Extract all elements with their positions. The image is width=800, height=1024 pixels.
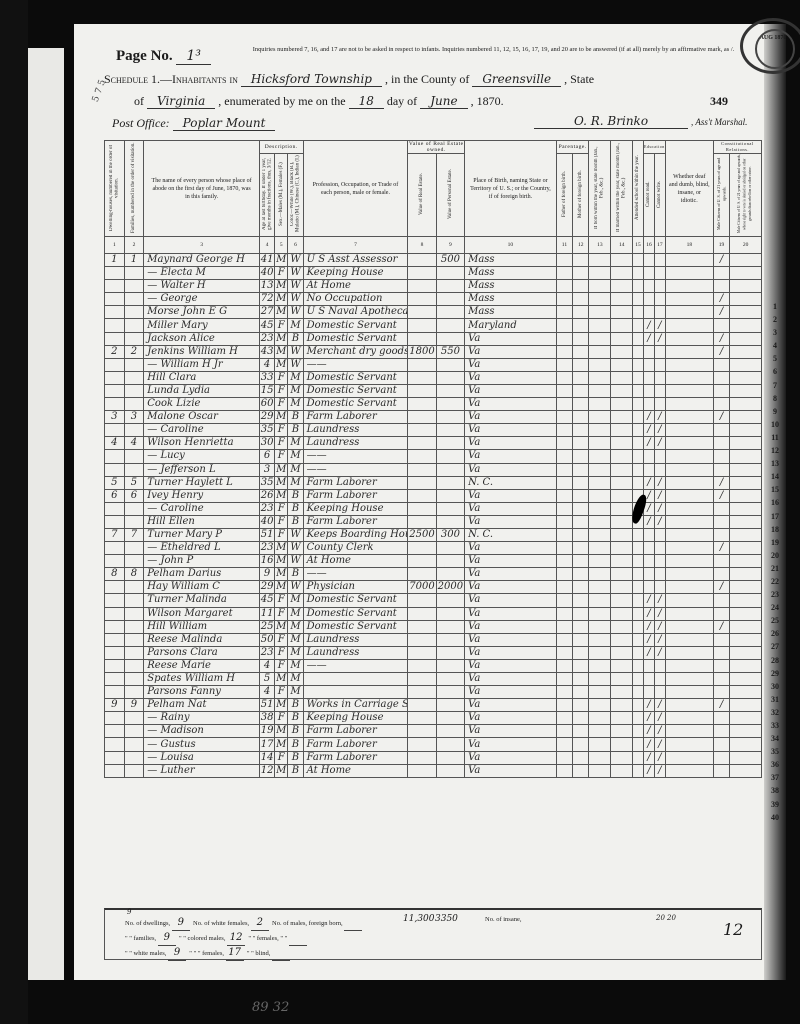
real-estate-value-cell (408, 450, 436, 463)
personal-estate-value-cell (436, 398, 464, 411)
archive-stamp: AUG 1870 (740, 18, 800, 74)
color-cell: W (288, 254, 303, 267)
vote-denied-cell (730, 293, 762, 306)
personal-estate-value-cell (436, 437, 464, 450)
sex-cell: F (275, 502, 288, 515)
line-number: 28 (766, 654, 784, 667)
deaf-blind-insane-cell (665, 254, 713, 267)
male-citizen-cell (713, 607, 729, 620)
real-estate-value-cell (408, 254, 436, 267)
sex-cell: M (275, 542, 288, 555)
cannot-write-cell (654, 659, 665, 672)
table-row: 11Maynard George H41MWU S Asst Assessor5… (105, 254, 762, 267)
born-within-year-cell (589, 280, 611, 293)
place-of-birth-cell: Va (465, 345, 557, 358)
dwelling-number-cell (105, 280, 125, 293)
table-row: — William H Jr4MW——Va (105, 358, 762, 371)
attended-school-cell (633, 345, 644, 358)
occupation-cell: Domestic Servant (303, 384, 408, 397)
color-cell: B (288, 699, 303, 712)
age-cell: 6 (259, 450, 274, 463)
color-cell: W (288, 293, 303, 306)
scan-left-border (0, 0, 28, 1024)
male-citizen-cell: / (713, 542, 729, 555)
married-within-year-cell (611, 371, 633, 384)
mother-foreign-cell (573, 411, 589, 424)
dwelling-number-cell: 9 (105, 699, 125, 712)
color-cell: M (288, 673, 303, 686)
dwelling-number-cell: 7 (105, 528, 125, 541)
family-number-cell (124, 686, 144, 699)
born-within-year-cell (589, 528, 611, 541)
cannot-write-cell: / (654, 712, 665, 725)
cannot-read-cell: / (644, 738, 655, 751)
insane-label: No. of insane, (485, 916, 521, 923)
attended-school-cell (633, 620, 644, 633)
line-number: 14 (766, 470, 784, 483)
sex-cell: F (275, 686, 288, 699)
male-citizen-cell (713, 267, 729, 280)
place-of-birth-cell: Va (465, 633, 557, 646)
attended-school-cell (633, 725, 644, 738)
table-row: Hill Ellen40FBFarm LaborerVa// (105, 515, 762, 528)
family-number-cell: 4 (124, 437, 144, 450)
age-cell: 35 (259, 424, 274, 437)
father-foreign-cell (556, 515, 572, 528)
married-within-year-cell (611, 699, 633, 712)
column-number: 12 (573, 237, 589, 254)
attended-school-cell (633, 398, 644, 411)
white-females-count: 2 (251, 916, 269, 931)
real-estate-value-cell (408, 358, 436, 371)
real-estate-value-cell (408, 306, 436, 319)
table-row: Cook Lizie60FMDomestic ServantVa (105, 398, 762, 411)
line-number: 39 (766, 798, 784, 811)
occupation-cell: Domestic Servant (303, 371, 408, 384)
vote-denied-cell (730, 542, 762, 555)
dwelling-number-cell: 5 (105, 476, 125, 489)
place-of-birth-cell: Va (465, 686, 557, 699)
cannot-write-cell (654, 528, 665, 541)
person-name-cell: — Lucy (144, 450, 260, 463)
sex-cell: M (275, 280, 288, 293)
right-line-numbers: 1234567891011121314151617181920212223242… (766, 300, 784, 824)
person-name-cell: Pelham Darius (144, 568, 260, 581)
cannot-write-cell (654, 345, 665, 358)
born-within-year-cell (589, 581, 611, 594)
age-cell: 29 (259, 581, 274, 594)
table-row: — Caroline23FBKeeping HouseVa// (105, 502, 762, 515)
place-of-birth-cell: Va (465, 384, 557, 397)
color-cell: W (288, 306, 303, 319)
deaf-blind-insane-cell (665, 332, 713, 345)
age-cell: 40 (259, 515, 274, 528)
dwelling-number-cell (105, 725, 125, 738)
cannot-write-cell (654, 581, 665, 594)
personal-estate-value-cell (436, 502, 464, 515)
married-within-year-cell (611, 581, 633, 594)
mother-foreign-cell (573, 450, 589, 463)
mother-foreign-cell (573, 319, 589, 332)
table-row: 66Ivey Henry26MBFarm LaborerVa/// (105, 489, 762, 502)
father-foreign-cell (556, 463, 572, 476)
male-citizen-cell: / (713, 345, 729, 358)
deaf-blind-insane-cell (665, 411, 713, 424)
male-citizen-cell (713, 450, 729, 463)
cannot-write-cell: / (654, 633, 665, 646)
attended-school-cell (633, 280, 644, 293)
personal-estate-value-cell (436, 607, 464, 620)
personal-estate-value-cell (436, 673, 464, 686)
occupation-cell: Domestic Servant (303, 607, 408, 620)
col-9-header: Value of Personal Estate. (436, 154, 464, 237)
occupation-cell: Keeping House (303, 267, 408, 280)
born-within-year-cell (589, 476, 611, 489)
line-number: 11 (766, 431, 784, 444)
age-cell: 16 (259, 555, 274, 568)
table-row: — Electa M40FWKeeping HouseMass (105, 267, 762, 280)
occupation-cell: County Clerk (303, 542, 408, 555)
cannot-write-cell: / (654, 699, 665, 712)
place-of-birth-cell: Va (465, 450, 557, 463)
occupation-cell: —— (303, 568, 408, 581)
table-row: — Caroline35FBLaundressVa// (105, 424, 762, 437)
born-within-year-cell (589, 620, 611, 633)
male-citizen-cell: / (713, 254, 729, 267)
age-cell: 17 (259, 738, 274, 751)
mother-foreign-cell (573, 371, 589, 384)
table-row: — George72MWNo OccupationMass/ (105, 293, 762, 306)
vote-denied-cell (730, 267, 762, 280)
father-foreign-cell (556, 699, 572, 712)
deaf-blind-insane-cell (665, 371, 713, 384)
table-row: Parsons Fanny4FMVa (105, 686, 762, 699)
vote-denied-cell (730, 594, 762, 607)
male-citizen-cell (713, 319, 729, 332)
mother-foreign-cell (573, 712, 589, 725)
person-name-cell: Hill Clara (144, 371, 260, 384)
born-within-year-cell (589, 398, 611, 411)
column-number: 3 (144, 237, 260, 254)
male-citizen-cell: / (713, 332, 729, 345)
table-row: Hill Clara33FMDomestic ServantVa (105, 371, 762, 384)
father-foreign-cell (556, 751, 572, 764)
vote-denied-cell (730, 489, 762, 502)
deaf-blind-insane-cell (665, 463, 713, 476)
person-name-cell: — Walter H (144, 280, 260, 293)
dwelling-number-cell (105, 646, 125, 659)
mother-foreign-cell (573, 607, 589, 620)
cannot-read-cell (644, 293, 655, 306)
cannot-read-cell (644, 371, 655, 384)
sex-cell: M (275, 293, 288, 306)
father-foreign-cell (556, 502, 572, 515)
color-cell: M (288, 646, 303, 659)
sex-cell: M (275, 358, 288, 371)
dwelling-number-cell: 3 (105, 411, 125, 424)
occupation-cell: Farm Laborer (303, 725, 408, 738)
foreign-males-count (344, 916, 362, 931)
father-foreign-cell (556, 673, 572, 686)
table-row: — Rainy38FBKeeping HouseVa// (105, 712, 762, 725)
attended-school-cell (633, 358, 644, 371)
person-name-cell: Turner Malinda (144, 594, 260, 607)
age-cell: 25 (259, 620, 274, 633)
married-within-year-cell (611, 528, 633, 541)
married-within-year-cell (611, 463, 633, 476)
male-citizen-cell (713, 463, 729, 476)
real-estate-value-cell (408, 280, 436, 293)
father-foreign-cell (556, 319, 572, 332)
father-foreign-cell (556, 411, 572, 424)
vote-denied-cell (730, 699, 762, 712)
born-within-year-cell (589, 751, 611, 764)
person-name-cell: — John P (144, 555, 260, 568)
table-row: 44Wilson Henrietta30FMLaundressVa// (105, 437, 762, 450)
cannot-write-cell: / (654, 764, 665, 777)
father-foreign-cell (556, 528, 572, 541)
real-estate-value-cell (408, 267, 436, 280)
color-cell: M (288, 594, 303, 607)
cannot-read-cell (644, 581, 655, 594)
deaf-blind-insane-cell (665, 620, 713, 633)
real-estate-value-cell (408, 332, 436, 345)
male-citizen-cell (713, 358, 729, 371)
sex-cell: M (275, 555, 288, 568)
age-cell: 45 (259, 594, 274, 607)
mother-foreign-cell (573, 581, 589, 594)
col-4-header: Age at last birthday. If under 1 year, g… (259, 154, 274, 237)
occupation-cell: No Occupation (303, 293, 408, 306)
real-estate-value-cell (408, 515, 436, 528)
column-number: 4 (259, 237, 274, 254)
person-name-cell: Spates William H (144, 673, 260, 686)
father-foreign-cell (556, 633, 572, 646)
father-foreign-cell (556, 659, 572, 672)
sex-cell: F (275, 659, 288, 672)
cannot-write-cell: / (654, 594, 665, 607)
place-of-birth-cell: Va (465, 673, 557, 686)
person-name-cell: Parsons Fanny (144, 686, 260, 699)
dwelling-number-cell (105, 502, 125, 515)
married-within-year-cell (611, 280, 633, 293)
cannot-read-cell (644, 267, 655, 280)
color-cell: M (288, 398, 303, 411)
married-within-year-cell (611, 646, 633, 659)
real-estate-value-cell: 1800 (408, 345, 436, 358)
age-cell: 50 (259, 633, 274, 646)
place-of-birth-cell: Va (465, 542, 557, 555)
age-cell: 4 (259, 358, 274, 371)
occupation-cell: —— (303, 450, 408, 463)
place-of-birth-cell: Mass (465, 254, 557, 267)
line-number: 3 (766, 326, 784, 339)
person-name-cell: — Luther (144, 764, 260, 777)
family-number-cell (124, 738, 144, 751)
sex-cell: F (275, 319, 288, 332)
cannot-write-cell: / (654, 489, 665, 502)
family-number-cell: 1 (124, 254, 144, 267)
attended-school-cell (633, 411, 644, 424)
family-number-cell (124, 581, 144, 594)
vote-denied-cell (730, 476, 762, 489)
cannot-read-cell (644, 358, 655, 371)
father-foreign-cell (556, 489, 572, 502)
deaf-blind-insane-cell (665, 607, 713, 620)
table-row: Reese Marie4FM——Va (105, 659, 762, 672)
dwelling-number-cell (105, 424, 125, 437)
age-cell: 51 (259, 528, 274, 541)
vote-denied-cell (730, 751, 762, 764)
occupation-cell: Farm Laborer (303, 751, 408, 764)
real-estate-value-cell (408, 725, 436, 738)
cannot-write-cell (654, 542, 665, 555)
father-foreign-cell (556, 568, 572, 581)
color-cell: M (288, 319, 303, 332)
real-estate-value-cell (408, 646, 436, 659)
sex-cell: F (275, 384, 288, 397)
occupation-cell: Farm Laborer (303, 738, 408, 751)
father-foreign-cell (556, 437, 572, 450)
book-spine (64, 48, 74, 980)
born-within-year-cell (589, 555, 611, 568)
column-number: 14 (611, 237, 633, 254)
cannot-write-cell (654, 398, 665, 411)
father-foreign-cell (556, 712, 572, 725)
color-cell: B (288, 568, 303, 581)
family-number-cell: 2 (124, 345, 144, 358)
mother-foreign-cell (573, 725, 589, 738)
family-number-cell (124, 267, 144, 280)
column-number-row: 1234567891011121314151617181920 (105, 237, 762, 254)
father-foreign-cell (556, 424, 572, 437)
place-of-birth-cell: Va (465, 398, 557, 411)
occupation-cell: U S Asst Assessor (303, 254, 408, 267)
real-estate-value-cell (408, 398, 436, 411)
family-number-cell (124, 398, 144, 411)
value-group-header: Value of Real Estate owned. (408, 141, 465, 154)
vote-denied-cell (730, 319, 762, 332)
dwelling-number-cell (105, 371, 125, 384)
page-number-value: 1³ (176, 48, 211, 65)
place-of-birth-cell: Va (465, 437, 557, 450)
line-number: 16 (766, 496, 784, 509)
cannot-write-cell: / (654, 515, 665, 528)
sex-cell: F (275, 450, 288, 463)
table-row: 33Malone Oscar29MBFarm LaborerVa/// (105, 411, 762, 424)
father-foreign-cell (556, 607, 572, 620)
personal-estate-value-cell (436, 699, 464, 712)
cannot-write-cell: / (654, 411, 665, 424)
deaf-blind-insane-cell (665, 594, 713, 607)
born-within-year-cell (589, 515, 611, 528)
column-number: 13 (589, 237, 611, 254)
real-estate-value-cell (408, 673, 436, 686)
mother-foreign-cell (573, 267, 589, 280)
attended-school-cell (633, 699, 644, 712)
attended-school-cell (633, 332, 644, 345)
cannot-read-cell: / (644, 607, 655, 620)
attended-school-cell (633, 738, 644, 751)
vote-denied-cell (730, 515, 762, 528)
father-foreign-cell (556, 620, 572, 633)
mother-foreign-cell (573, 306, 589, 319)
marshal-label: , Ass't Marshal. (691, 117, 747, 127)
schedule-label: Schedule 1.—Inhabitants in (104, 72, 238, 86)
age-cell: 4 (259, 659, 274, 672)
cannot-read-cell (644, 384, 655, 397)
table-row: 77Turner Mary P51FWKeeps Boarding House2… (105, 528, 762, 541)
father-foreign-cell (556, 764, 572, 777)
family-number-cell (124, 319, 144, 332)
age-cell: 45 (259, 319, 274, 332)
attended-school-cell (633, 555, 644, 568)
deaf-blind-insane-cell (665, 725, 713, 738)
census-page: 5 7 5 Page No. 1³ Inquiries numbered 7, … (74, 24, 764, 980)
township-value: Hicksford Township (241, 72, 382, 87)
line-number: 38 (766, 784, 784, 797)
deaf-blind-insane-cell (665, 319, 713, 332)
born-within-year-cell (589, 712, 611, 725)
cannot-write-cell (654, 293, 665, 306)
cannot-read-cell: / (644, 332, 655, 345)
sex-cell: F (275, 633, 288, 646)
line-number: 7 (766, 379, 784, 392)
cannot-read-cell (644, 659, 655, 672)
col-5-header: Sex.—Males (M.), Females (F.) (275, 154, 288, 237)
cannot-read-cell: / (644, 594, 655, 607)
real-estate-value-cell (408, 607, 436, 620)
married-within-year-cell (611, 319, 633, 332)
sex-cell: M (275, 332, 288, 345)
family-number-cell (124, 659, 144, 672)
place-of-birth-cell: Va (465, 411, 557, 424)
occupation-cell: At Home (303, 280, 408, 293)
real-estate-value-cell (408, 555, 436, 568)
cannot-read-cell (644, 463, 655, 476)
person-name-cell: Hill Ellen (144, 515, 260, 528)
occupation-cell: Laundress (303, 646, 408, 659)
male-citizen-cell (713, 528, 729, 541)
mother-foreign-cell (573, 293, 589, 306)
person-name-cell: Reese Malinda (144, 633, 260, 646)
attended-school-cell (633, 254, 644, 267)
column-number: 9 (436, 237, 464, 254)
married-within-year-cell (611, 725, 633, 738)
male-citizen-cell (713, 659, 729, 672)
vote-denied-cell (730, 306, 762, 319)
born-within-year-cell (589, 502, 611, 515)
page-number-label: Page No. (116, 48, 173, 64)
personal-estate-total: 3350 (435, 914, 458, 924)
person-name-cell: Wilson Margaret (144, 607, 260, 620)
deaf-blind-insane-cell (665, 659, 713, 672)
col-8-header: Value of Real Estate. (408, 154, 436, 237)
place-of-birth-cell: Mass (465, 293, 557, 306)
county-value: Greensville (472, 72, 561, 87)
column-number: 11 (556, 237, 572, 254)
year-label: , 1870. (471, 94, 504, 108)
real-estate-value-cell (408, 764, 436, 777)
age-cell: 38 (259, 712, 274, 725)
attended-school-cell (633, 437, 644, 450)
line-number: 10 (766, 418, 784, 431)
table-row: Morse John E G27MWU S Naval ApothecaryMa… (105, 306, 762, 319)
male-citizen-cell (713, 673, 729, 686)
age-cell: 9 (259, 568, 274, 581)
place-of-birth-cell: Va (465, 620, 557, 633)
cannot-write-cell (654, 371, 665, 384)
